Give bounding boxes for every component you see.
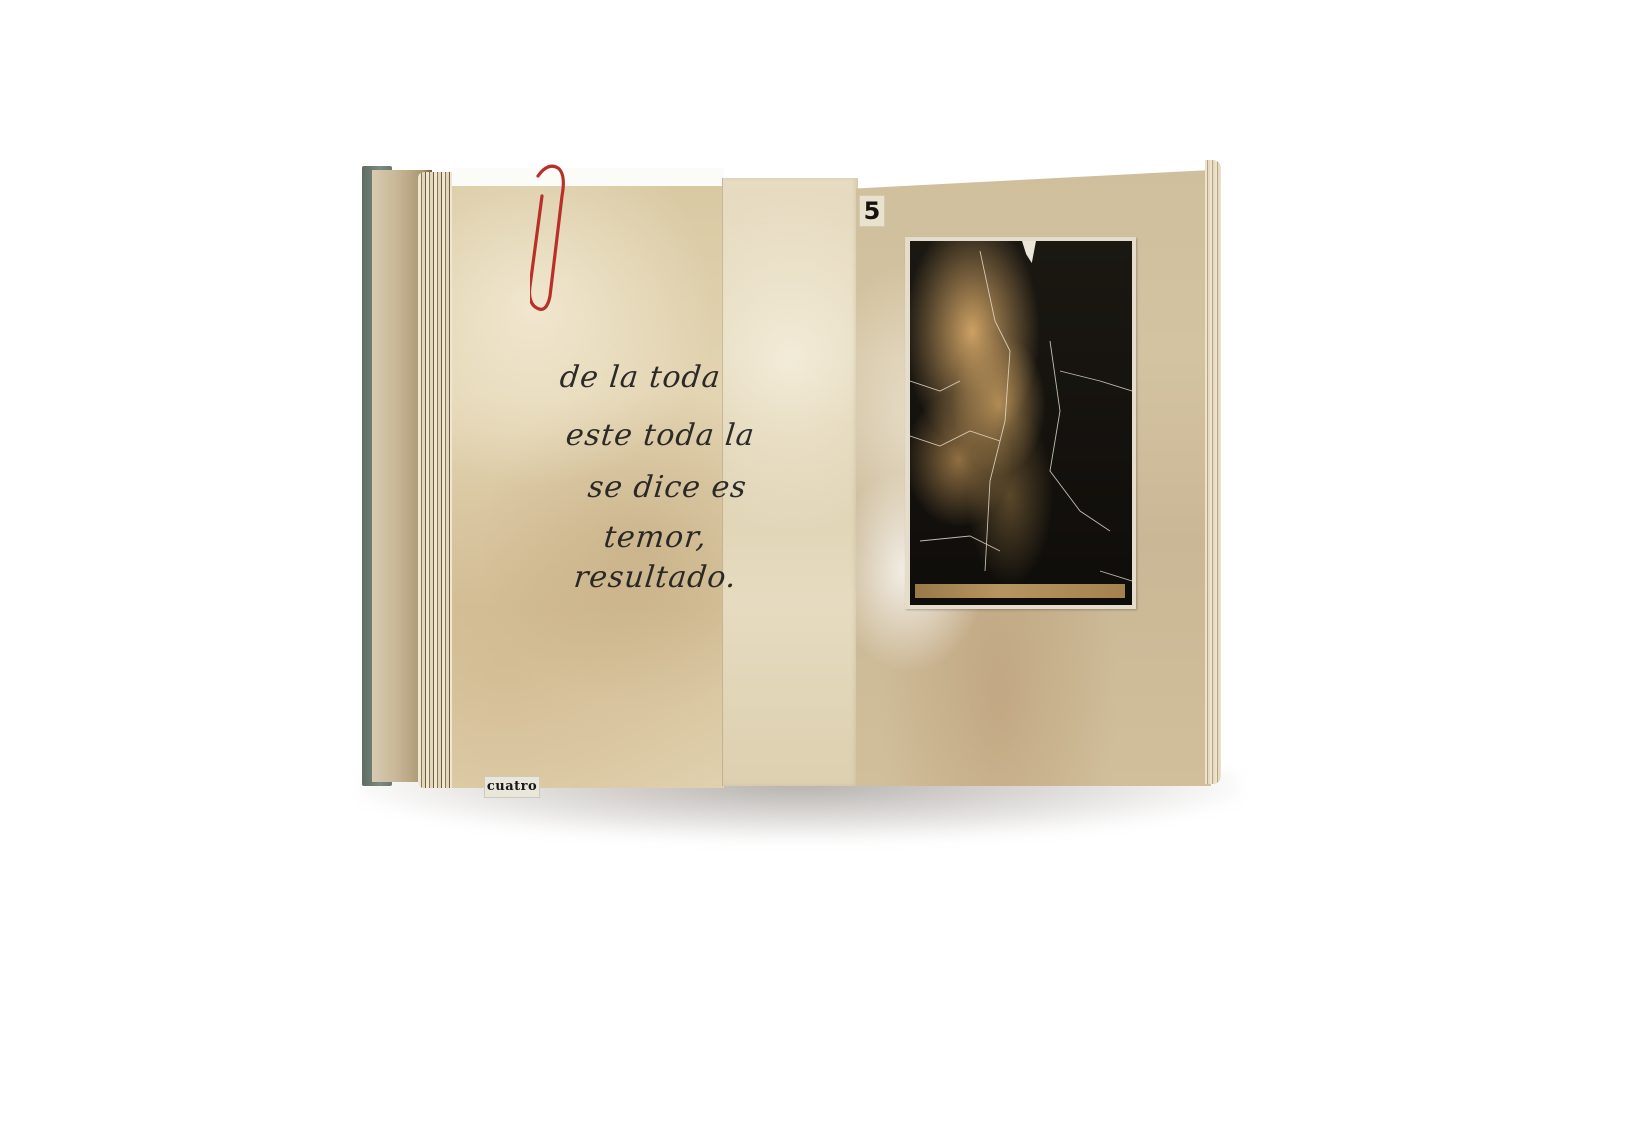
page-edges-right <box>1205 160 1221 784</box>
handwriting-line-5: resultado. <box>572 560 738 595</box>
handwriting-line-3: se dice es <box>586 470 748 505</box>
paperclip-icon <box>530 156 600 326</box>
handwriting-line-1: de la toda <box>558 360 722 395</box>
open-book-photo: de la toda este toda la se dice es temor… <box>0 0 1646 1133</box>
handwriting-line-2: este toda la <box>564 418 756 453</box>
page-edges-left <box>418 172 454 788</box>
handwriting-line-4: temor, <box>602 520 709 555</box>
handwritten-text: de la toda este toda la se dice es temor… <box>560 360 820 610</box>
page-number-label-cuatro: cuatro <box>484 776 540 798</box>
page-number-label-five: 5 <box>859 195 885 227</box>
photo-cracks <box>910 241 1132 605</box>
